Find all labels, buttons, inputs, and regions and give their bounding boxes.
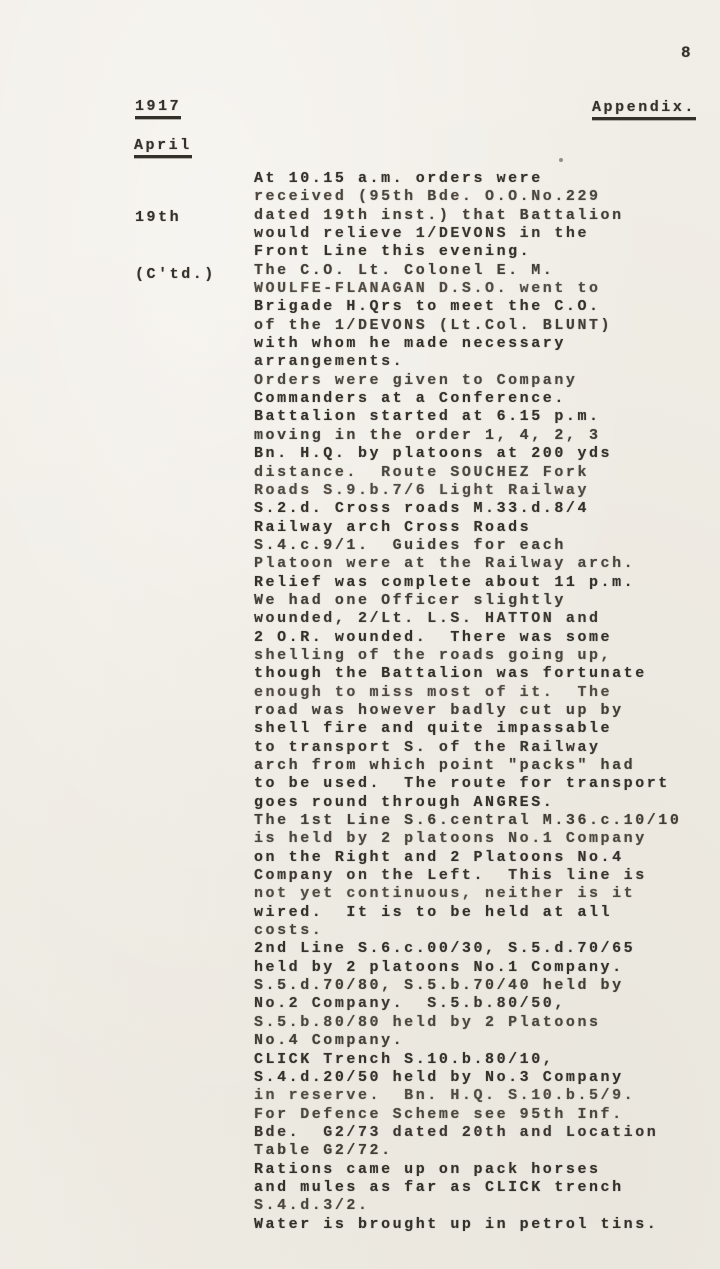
body-line: of the 1/DEVONS (Lt.Col. BLUNT) [254,317,681,335]
body-line: Bn. H.Q. by platoons at 200 yds [254,445,681,463]
body-line: Water is brought up in petrol tins. [254,1216,681,1234]
body-line: is held by 2 platoons No.1 Company [254,830,681,848]
body-line: arrangements. [254,353,681,371]
body-line: to be used. The route for transport [254,775,681,793]
body-line: S.2.d. Cross roads M.33.d.8/4 [254,500,681,518]
ink-speck [559,158,563,162]
page-number: 8 [681,44,693,62]
body-line: S.5.b.80/80 held by 2 Platoons [254,1014,681,1032]
body-line: Railway arch Cross Roads [254,519,681,537]
body-line: with whom he made necessary [254,335,681,353]
body-line: Orders were given to Company [254,372,681,390]
appendix-heading-text: Appendix. [592,99,696,120]
body-line: Roads S.9.b.7/6 Light Railway [254,482,681,500]
body-line: would relieve 1/DEVONS in the [254,225,681,243]
body-line: not yet continuous, neither is it [254,885,681,903]
body-line: Platoon were at the Railway arch. [254,555,681,573]
year-heading: 1917 [135,98,181,119]
margin-date-note: 19th (C'td.) [135,170,216,322]
body-line: Relief was complete about 11 p.m. [254,574,681,592]
body-line: At 10.15 a.m. orders were [254,170,681,188]
body-line: 2nd Line S.6.c.00/30, S.5.d.70/65 [254,940,681,958]
body-line: Bde. G2/73 dated 20th and Location [254,1124,681,1142]
body-line: The 1st Line S.6.central M.36.c.10/10 [254,812,681,830]
scanned-diary-page: 8 1917 Appendix. April 19th (C'td.) At 1… [0,0,720,1269]
body-line: We had one Officer slightly [254,592,681,610]
body-line: CLICK Trench S.10.b.80/10, [254,1051,681,1069]
body-line: on the Right and 2 Platoons No.4 [254,849,681,867]
body-line: received (95th Bde. O.O.No.229 [254,188,681,206]
body-line: road was however badly cut up by [254,702,681,720]
body-line: S.5.d.70/80, S.5.b.70/40 held by [254,977,681,995]
body-line: to transport S. of the Railway [254,739,681,757]
body-line: wired. It is to be held at all [254,904,681,922]
month-heading-text: April [134,137,192,158]
body-line: Commanders at a Conference. [254,390,681,408]
body-line: S.4.d.20/50 held by No.3 Company [254,1069,681,1087]
body-line: moving in the order 1, 4, 2, 3 [254,427,681,445]
body-line: No.4 Company. [254,1032,681,1050]
body-line: enough to miss most of it. The [254,684,681,702]
body-line: arch from which point "packs" had [254,757,681,775]
body-line: shell fire and quite impassable [254,720,681,738]
body-line: Brigade H.Qrs to meet the C.O. [254,298,681,316]
body-line: Rations came up on pack horses [254,1161,681,1179]
body-line: held by 2 platoons No.1 Company. [254,959,681,977]
body-line: Company on the Left. This line is [254,867,681,885]
body-line: 2 O.R. wounded. There was some [254,629,681,647]
body-line: S.4.c.9/1. Guides for each [254,537,681,555]
body-line: in reserve. Bn. H.Q. S.10.b.5/9. [254,1087,681,1105]
body-line: Battalion started at 6.15 p.m. [254,408,681,426]
body-line: The C.O. Lt. Colonel E. M. [254,262,681,280]
body-line: Table G2/72. [254,1142,681,1160]
body-line: Front Line this evening. [254,243,681,261]
body-line: distance. Route SOUCHEZ Fork [254,464,681,482]
margin-day: 19th [135,208,216,227]
diary-body-text: At 10.15 a.m. orders werereceived (95th … [254,170,681,1234]
year-heading-text: 1917 [135,98,181,119]
body-line: dated 19th inst.) that Battalion [254,207,681,225]
body-line: WOULFE-FLANAGAN D.S.O. went to [254,280,681,298]
body-line: wounded, 2/Lt. L.S. HATTON and [254,610,681,628]
body-line: shelling of the roads going up, [254,647,681,665]
body-line: For Defence Scheme see 95th Inf. [254,1106,681,1124]
month-heading: April [134,137,192,158]
body-line: and mules as far as CLICK trench [254,1179,681,1197]
body-line: S.4.d.3/2. [254,1197,681,1215]
body-line: costs. [254,922,681,940]
body-line: though the Battalion was fortunate [254,665,681,683]
margin-continued: (C'td.) [135,265,216,284]
body-line: goes round through ANGRES. [254,794,681,812]
appendix-heading: Appendix. [592,99,696,120]
body-line: No.2 Company. S.5.b.80/50, [254,995,681,1013]
